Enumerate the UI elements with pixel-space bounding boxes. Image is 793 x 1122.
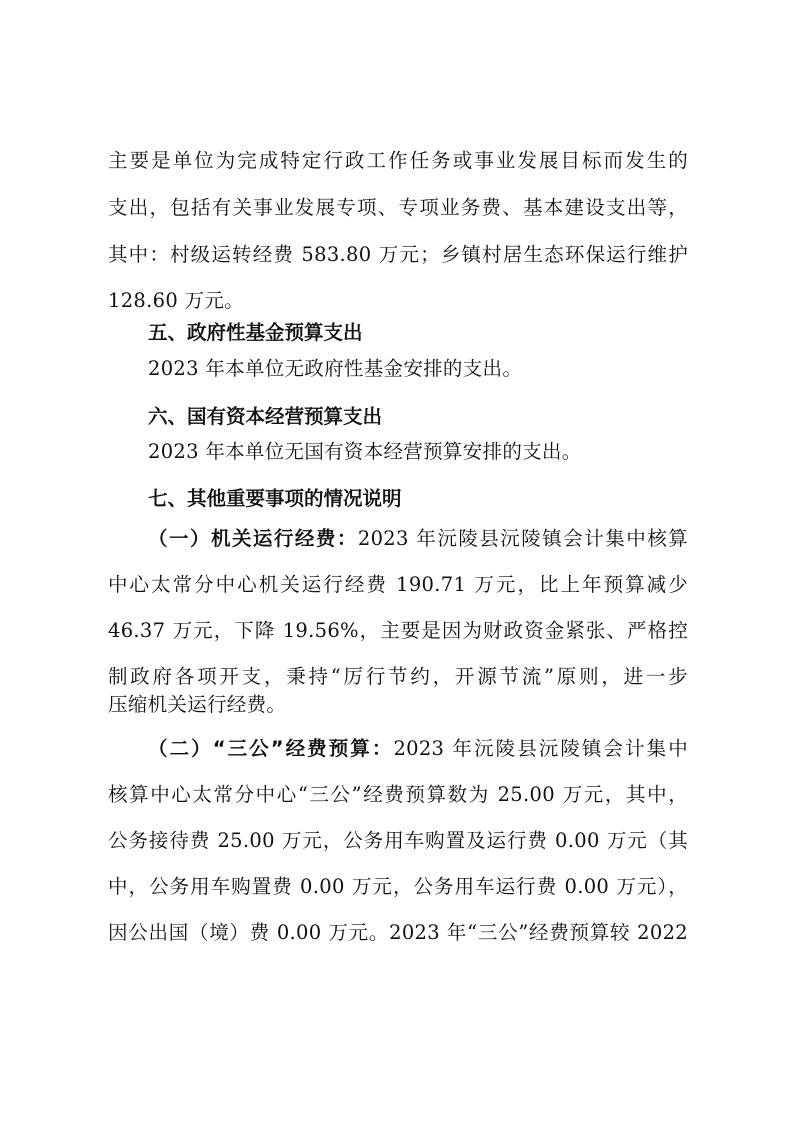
document-page: 主要是单位为完成特定行政工作任务或事业发展目标而发生的 支出，包括有关事业发展专… — [0, 0, 793, 1122]
section-heading-7: 七、其他重要事项的情况说明 — [148, 484, 402, 514]
body-text-line: 其中：村级运转经费 583.80 万元；乡镇村居生态环保运行维护 — [108, 240, 688, 270]
body-text-line: 128.60 万元。 — [108, 286, 688, 316]
body-text-line: 主要是单位为完成特定行政工作任务或事业发展目标而发生的 — [108, 146, 688, 176]
body-text-line: 中心太常分中心机关运行经费 190.71 万元，比上年预算减少 — [108, 570, 688, 600]
section-6-text: 2023 年本单位无国有资本经营预算安排的支出。 — [148, 437, 688, 467]
section-heading-6: 六、国有资本经营预算支出 — [148, 402, 382, 432]
section-heading-5: 五、政府性基金预算支出 — [148, 318, 363, 348]
subsection-2-label: （二）“三公”经费预算： — [148, 737, 393, 760]
body-text-line: 中，公务用车购置费 0.00 万元，公务用车运行费 0.00 万元）， — [108, 872, 688, 902]
body-text-line: 压缩机关运行经费。 — [108, 690, 688, 720]
body-text-line: 公务接待费 25.00 万元，公务用车购置及运行费 0.00 万元（其 — [108, 826, 688, 856]
subsection-1-label: （一）机关运行经费： — [148, 527, 358, 550]
body-text-line: 核算中心太常分中心“三公”经费预算数为 25.00 万元，其中， — [108, 780, 688, 810]
body-text-line: 支出，包括有关事业发展专项、专项业务费、基本建设支出等， — [108, 193, 688, 223]
body-text-line: 制政府各项开支，秉持“厉行节约，开源节流”原则，进一步 — [108, 662, 688, 692]
subsection-1-text: 2023 年沅陵县沅陵镇会计集中核算 — [358, 527, 688, 550]
body-text-line: 因公出国（境）费 0.00 万元。2023 年“三公”经费预算较 2022 — [108, 918, 688, 948]
subsection-2-first-line: （二）“三公”经费预算：2023 年沅陵县沅陵镇会计集中 — [148, 734, 688, 764]
subsection-2-text: 2023 年沅陵县沅陵镇会计集中 — [393, 737, 688, 760]
section-5-text: 2023 年本单位无政府性基金安排的支出。 — [148, 354, 688, 384]
subsection-1-first-line: （一）机关运行经费：2023 年沅陵县沅陵镇会计集中核算 — [148, 524, 688, 554]
body-text-line: 46.37 万元，下降 19.56%，主要是因为财政资金紧张、严格控 — [108, 616, 688, 646]
